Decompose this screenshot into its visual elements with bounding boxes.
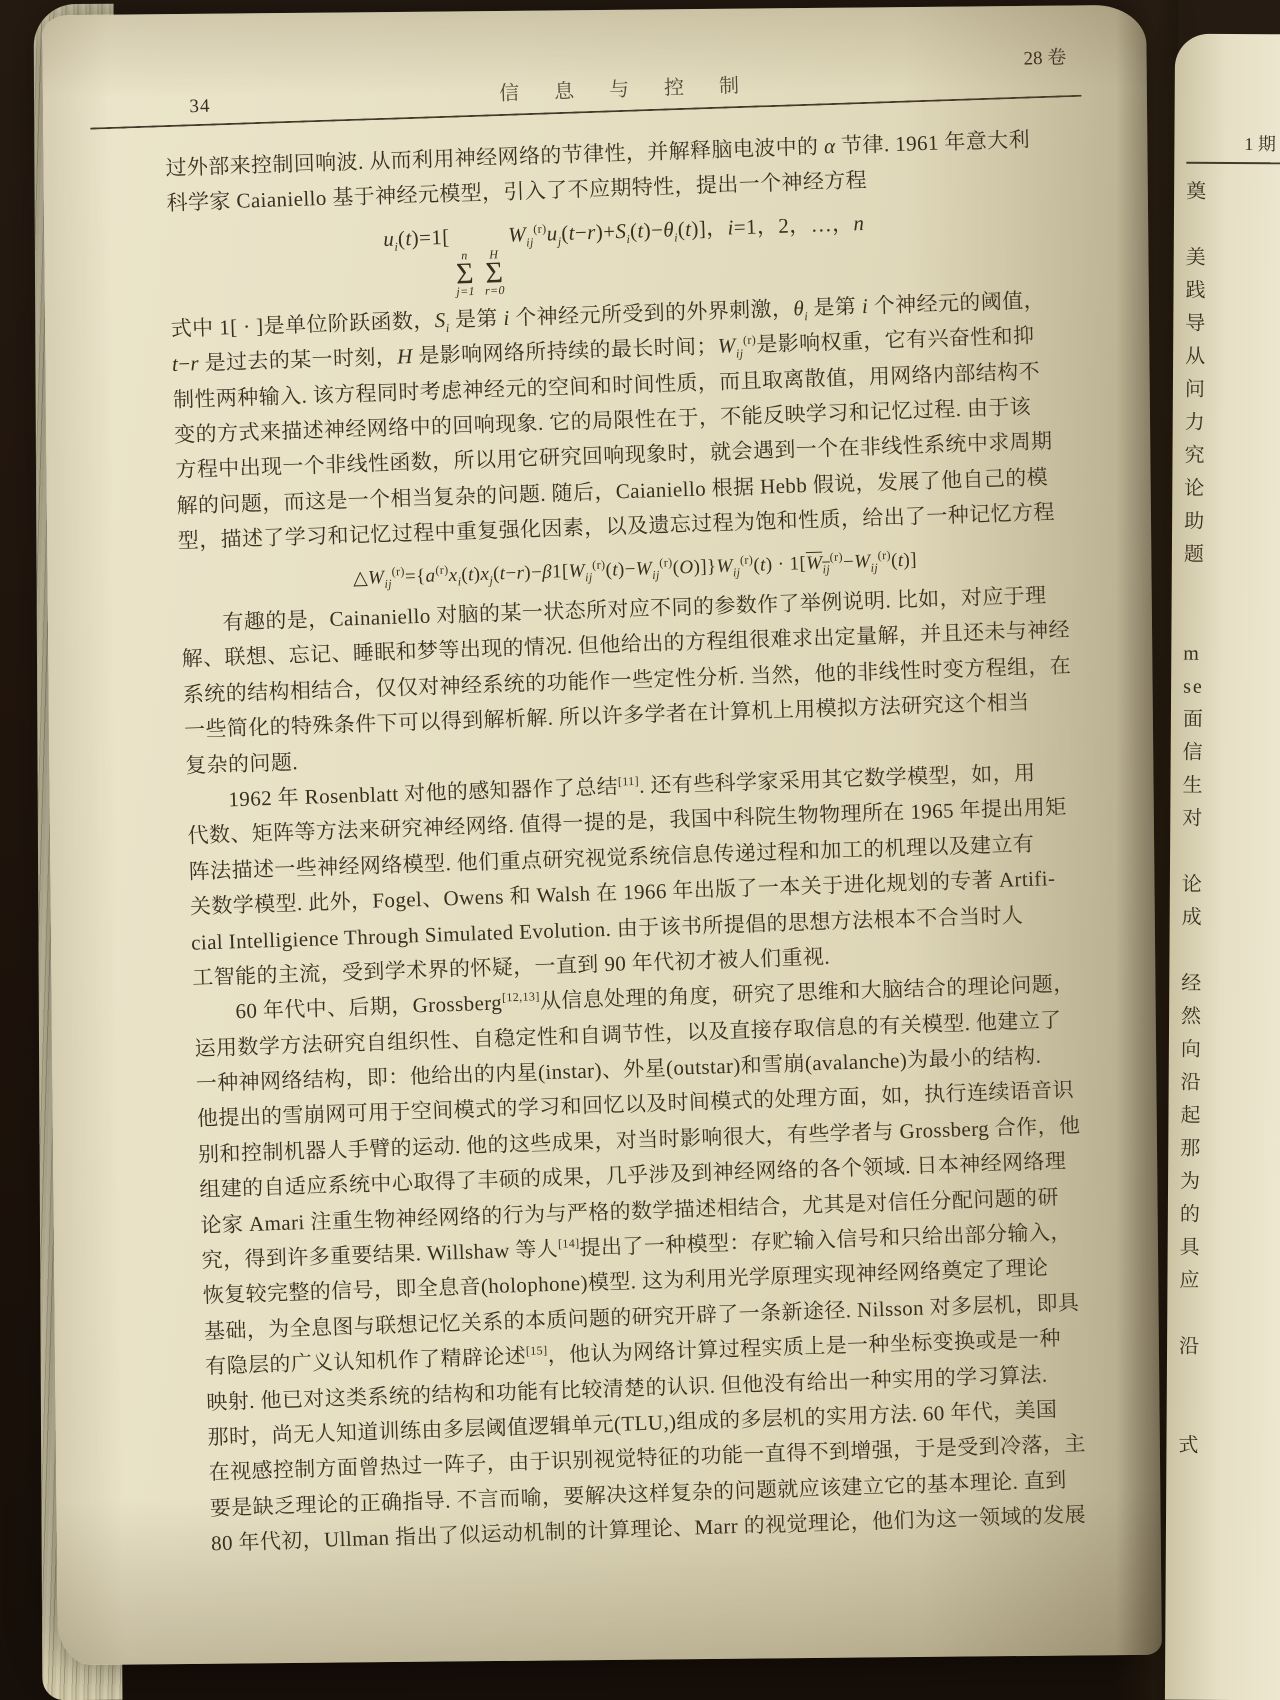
facing-text-line: 向 <box>1181 1034 1280 1068</box>
facing-text-line: 面 <box>1183 704 1280 738</box>
facing-text-line: 那 <box>1180 1133 1280 1167</box>
facing-text-line: 践 <box>1185 275 1280 309</box>
facing-text-line: 奠 <box>1186 176 1280 210</box>
facing-page-issue-label: 1 期 <box>1186 130 1280 165</box>
facing-text-line <box>1179 1364 1280 1398</box>
facing-page-content: 1 期 奠美践导从问力究论助题mse面信生对论成经然向沿起那为的具应沿式 <box>1178 130 1280 1464</box>
facing-text-line: 从 <box>1185 341 1280 375</box>
facing-text-line: 为 <box>1180 1166 1280 1200</box>
page-header: 34 信 息 与 控 制 28 卷 <box>163 58 1076 122</box>
facing-text-line: m <box>1183 638 1280 672</box>
facing-text-line <box>1186 209 1280 243</box>
facing-text-line <box>1179 1298 1280 1332</box>
facing-text-line <box>1183 605 1280 639</box>
facing-text-line: 经 <box>1181 968 1280 1002</box>
facing-text-line: 美 <box>1186 242 1280 276</box>
facing-text-line: 沿 <box>1181 1067 1280 1101</box>
facing-text-line: 力 <box>1185 407 1280 441</box>
facing-text-line: 论 <box>1184 473 1280 507</box>
facing-text-line: 成 <box>1182 902 1280 936</box>
facing-text-line: 具 <box>1180 1232 1280 1266</box>
facing-text-line <box>1181 935 1280 969</box>
facing-text-line: 式 <box>1178 1430 1280 1464</box>
facing-text-line: 究 <box>1184 440 1280 474</box>
book-photo: 34 信 息 与 控 制 28 卷 过外部来控制回响波. 从而利用神经网络的节律… <box>0 0 1280 1700</box>
facing-text-line: 论 <box>1182 869 1280 903</box>
facing-text-line: 信 <box>1183 737 1280 771</box>
facing-text-line: 助 <box>1184 506 1280 540</box>
facing-text-line <box>1182 836 1280 870</box>
facing-text-line: se <box>1183 671 1280 705</box>
facing-page: 1 期 奠美践导从问力究论助题mse面信生对论成经然向沿起那为的具应沿式 <box>1165 34 1280 1700</box>
facing-page-text: 奠美践导从问力究论助题mse面信生对论成经然向沿起那为的具应沿式 <box>1178 176 1280 1464</box>
body-text: 过外部来控制回响波. 从而利用神经网络的节律性，并解释脑电波中的 α 节律. 1… <box>165 121 1123 1562</box>
facing-text-line: 对 <box>1182 803 1280 837</box>
facing-text-line: 题 <box>1184 539 1280 573</box>
journal-title: 信 息 与 控 制 <box>163 58 1075 117</box>
facing-text-line: 应 <box>1179 1265 1280 1299</box>
facing-text-line: 然 <box>1181 1001 1280 1035</box>
facing-text-line: 问 <box>1185 374 1280 408</box>
volume-label: 28 卷 <box>1023 42 1067 70</box>
page-content: 34 信 息 与 控 制 28 卷 过外部来控制回响波. 从而利用神经网络的节律… <box>163 58 1123 1562</box>
facing-text-line <box>1179 1397 1280 1431</box>
facing-text-line <box>1184 572 1280 606</box>
facing-text-line: 生 <box>1182 770 1280 804</box>
journal-page: 34 信 息 与 控 制 28 卷 过外部来控制回响波. 从而利用神经网络的节律… <box>42 5 1162 1666</box>
facing-text-line: 沿 <box>1179 1331 1280 1365</box>
facing-text-line: 的 <box>1180 1199 1280 1233</box>
facing-text-line: 导 <box>1185 308 1280 342</box>
facing-text-line: 起 <box>1180 1100 1280 1134</box>
